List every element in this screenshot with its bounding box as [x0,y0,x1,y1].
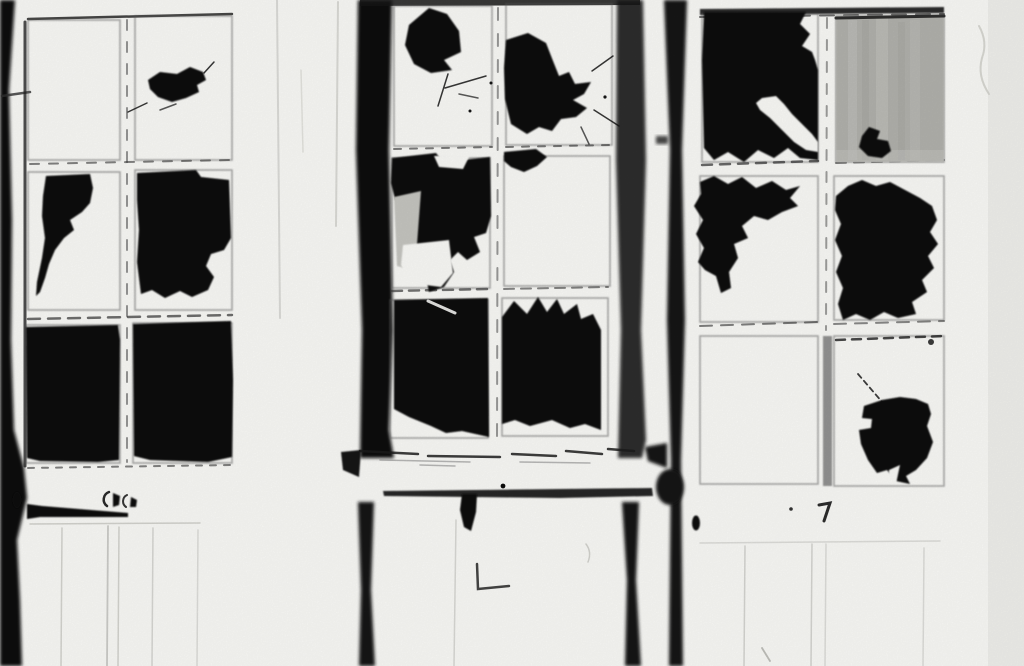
broken-windows-scene [0,0,1024,666]
photo-broken-windows [0,0,1024,666]
shape-layer [0,0,1024,666]
film-grain-overlay [0,0,1024,666]
